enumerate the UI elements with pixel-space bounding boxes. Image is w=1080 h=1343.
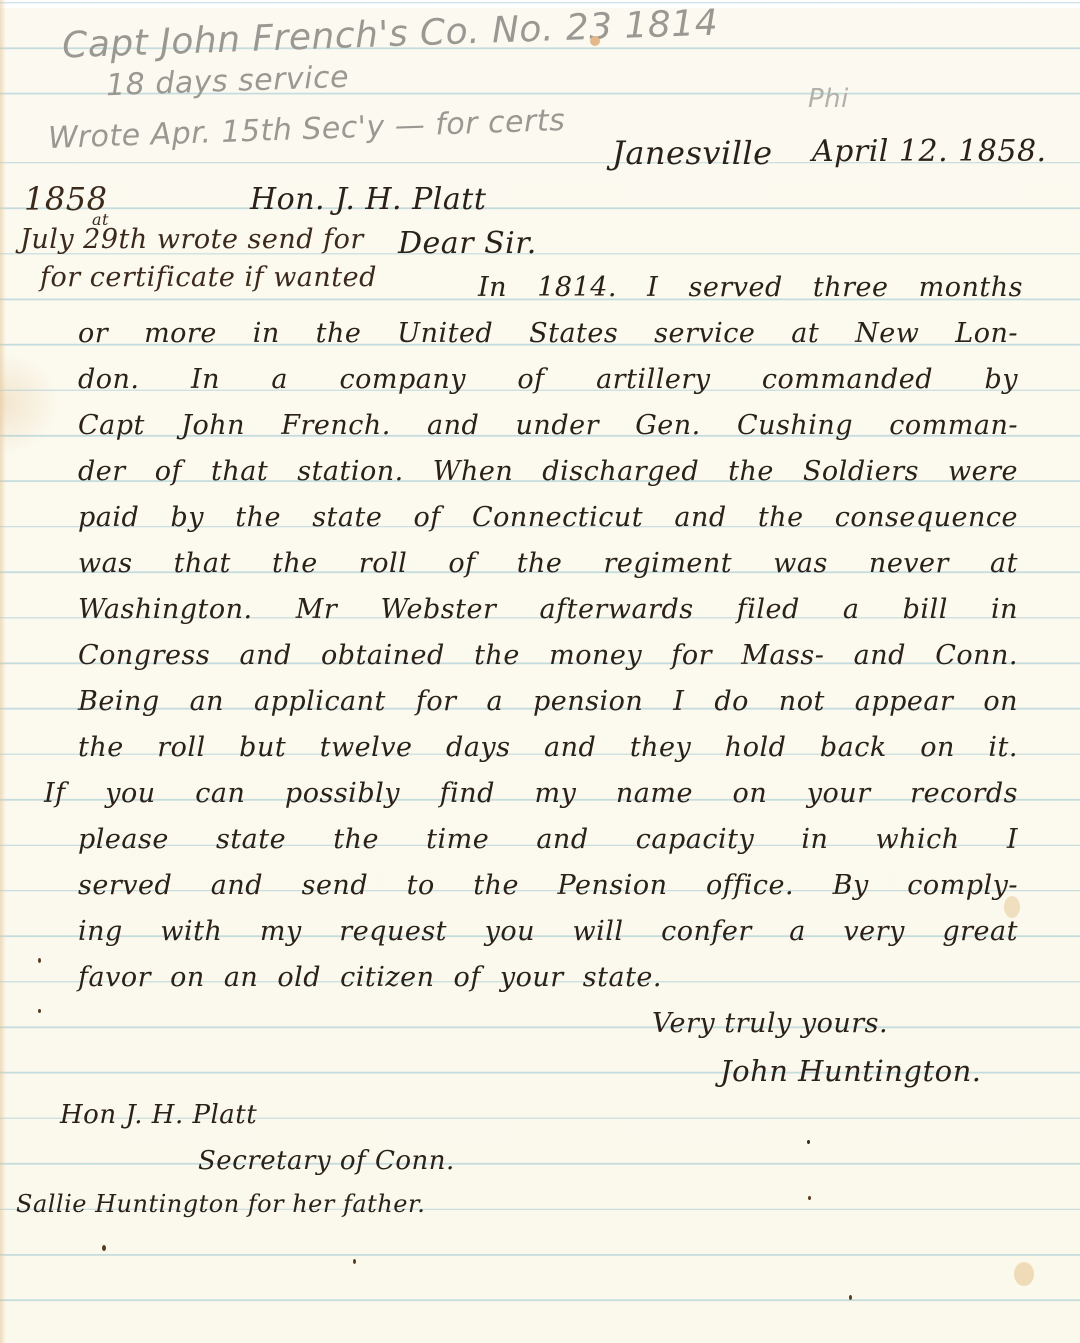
valediction: Very truly yours.: [652, 1008, 888, 1039]
address-title: Secretary of Conn.: [198, 1146, 455, 1176]
body-line-8: Washington. Mr Webster afterwards filed …: [78, 594, 1018, 625]
stain-spot: [1014, 1262, 1034, 1286]
ink-dot: [808, 1196, 811, 1200]
body-line-14: served and send to the Pension office. B…: [78, 870, 1018, 901]
body-line-7: was that the roll of the regiment was ne…: [78, 548, 1018, 579]
body-line-5: der of that station. When discharged the…: [78, 456, 1018, 487]
body-line-2: or more in the United States service at …: [78, 318, 1018, 349]
greeting: Dear Sir.: [398, 226, 537, 261]
signature: John Huntington.: [720, 1054, 981, 1088]
ink-dot: [849, 1295, 852, 1300]
pencil-initials: Phi: [808, 84, 849, 114]
margin-note-line2: for certificate if wanted: [40, 262, 377, 293]
body-line-4: Capt John French. and under Gen. Cushing…: [78, 410, 1018, 441]
addressee: Hon. J. H. Platt: [250, 182, 486, 217]
body-line-6: paid by the state of Connecticut and the…: [78, 502, 1018, 533]
stain-spot: [590, 36, 600, 46]
pencil-note-wrote: Wrote Apr. 15th Sec'y — for certs: [48, 103, 566, 156]
dateline-date: April 12. 1858.: [812, 134, 1047, 169]
ruled-lines: [0, 0, 1080, 1343]
body-line-15: ing with my request you will confer a ve…: [78, 916, 1018, 947]
body-line-1: In 1814. I served three months: [478, 272, 1018, 303]
letter-page: Capt John French's Co. No. 23 1814 18 da…: [0, 0, 1080, 1343]
ink-dot: [353, 1259, 356, 1264]
ink-dot: [102, 1245, 106, 1251]
stain-spot: [1004, 896, 1020, 918]
margin-note-line1: July 29th wrote send for: [20, 224, 364, 255]
address-name: Hon J. H. Platt: [60, 1100, 257, 1130]
dateline-place: Janesville: [612, 134, 773, 172]
address-note: Sallie Huntington for her father.: [16, 1190, 425, 1218]
body-line-10: Being an applicant for a pension I do no…: [78, 686, 1018, 717]
body-line-13: please state the time and capacity in wh…: [78, 824, 1018, 855]
pencil-note-company: Capt John French's Co. No. 23 1814: [61, 3, 718, 67]
body-line-12: If you can possibly find my name on your…: [44, 778, 1018, 809]
top-margin: [0, 0, 1080, 8]
paper-edge-stain: [0, 0, 6, 1343]
ink-dot: [38, 958, 41, 963]
ink-dot: [38, 1009, 41, 1013]
body-line-16: favor on an old citizen of your state.: [78, 962, 662, 993]
pencil-note-service-days: 18 days service: [105, 60, 349, 103]
body-line-11: the roll but twelve days and they hold b…: [78, 732, 1018, 763]
body-line-3: don. In a company of artillery commanded…: [78, 364, 1018, 395]
body-line-9: Congress and obtained the money for Mass…: [78, 640, 1018, 671]
ink-dot: [807, 1140, 810, 1144]
margin-note-line1-text: July 29th wrote send for: [20, 224, 364, 255]
margin-note-superscript: at: [92, 210, 109, 229]
